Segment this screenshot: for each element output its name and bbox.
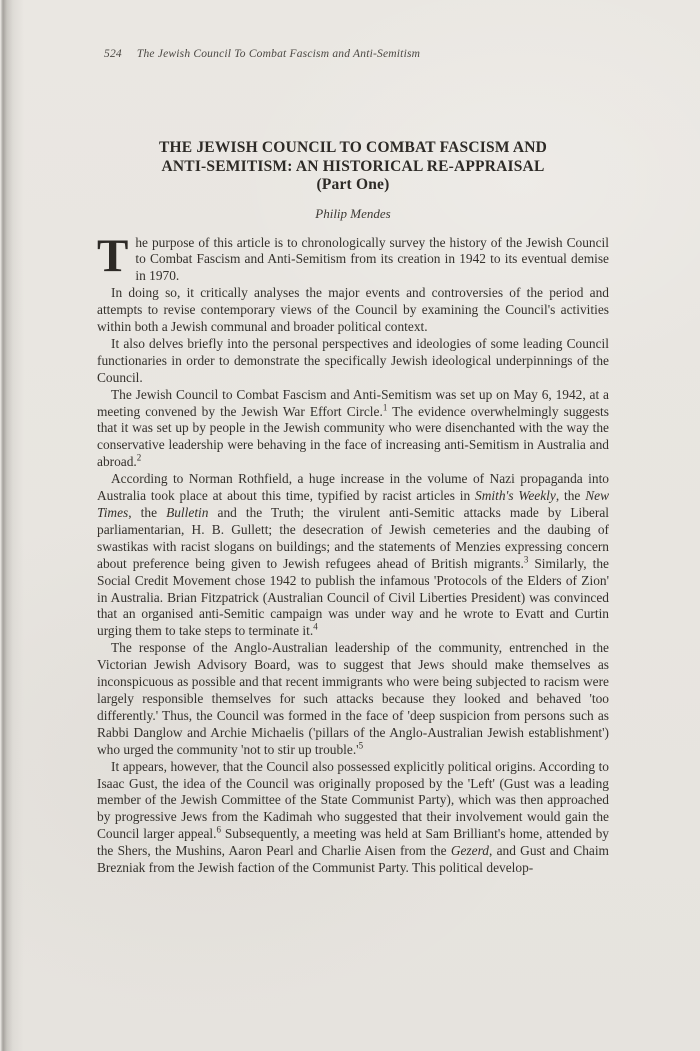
body-text: , the (128, 505, 166, 520)
footnote-reference: 5 (359, 740, 364, 750)
paragraph: According to Norman Rothfield, a huge in… (97, 471, 609, 640)
italic-text: Bulletin (166, 505, 208, 520)
paragraph: The response of the Anglo-Australian lea… (97, 640, 609, 758)
body-text: The response of the Anglo-Australian lea… (97, 640, 609, 756)
body-text: It also delves briefly into the personal… (97, 336, 609, 385)
body-text: In doing so, it critically analyses the … (97, 285, 609, 334)
article-title-line-3: (Part One) (97, 176, 609, 195)
article-title: THE JEWISH COUNCIL TO COMBAT FASCISM AND… (97, 139, 609, 195)
footnote-reference: 4 (313, 622, 318, 632)
article-title-line-2: ANTI-SEMITISM: AN HISTORICAL RE-APPRAISA… (97, 158, 609, 177)
paragraph: In doing so, it critically analyses the … (97, 285, 609, 336)
footnote-reference: 2 (137, 453, 142, 463)
body-text: he purpose of this article is to chronol… (135, 235, 609, 284)
paragraph: It appears, however, that the Council al… (97, 759, 609, 877)
paragraph: It also delves briefly into the personal… (97, 336, 609, 387)
scanned-page: 524 The Jewish Council To Combat Fascism… (0, 0, 700, 1051)
text-column: THE JEWISH COUNCIL TO COMBAT FASCISM AND… (97, 139, 609, 877)
italic-text: Smith's Weekly (475, 488, 556, 503)
page-edge-shadow (0, 0, 24, 1051)
article-body: The purpose of this article is to chrono… (97, 235, 609, 877)
page-number: 524 (104, 48, 122, 60)
paragraph: The purpose of this article is to chrono… (97, 235, 609, 286)
running-title: The Jewish Council To Combat Fascism and… (137, 48, 420, 60)
paragraph: The Jewish Council to Combat Fascism and… (97, 387, 609, 472)
drop-cap: T (97, 235, 135, 275)
author-name: Philip Mendes (97, 206, 609, 222)
body-text: , the (556, 488, 585, 503)
italic-text: Gezerd (451, 843, 489, 858)
article-title-line-1: THE JEWISH COUNCIL TO COMBAT FASCISM AND (97, 139, 609, 158)
running-header: 524 The Jewish Council To Combat Fascism… (104, 48, 420, 60)
